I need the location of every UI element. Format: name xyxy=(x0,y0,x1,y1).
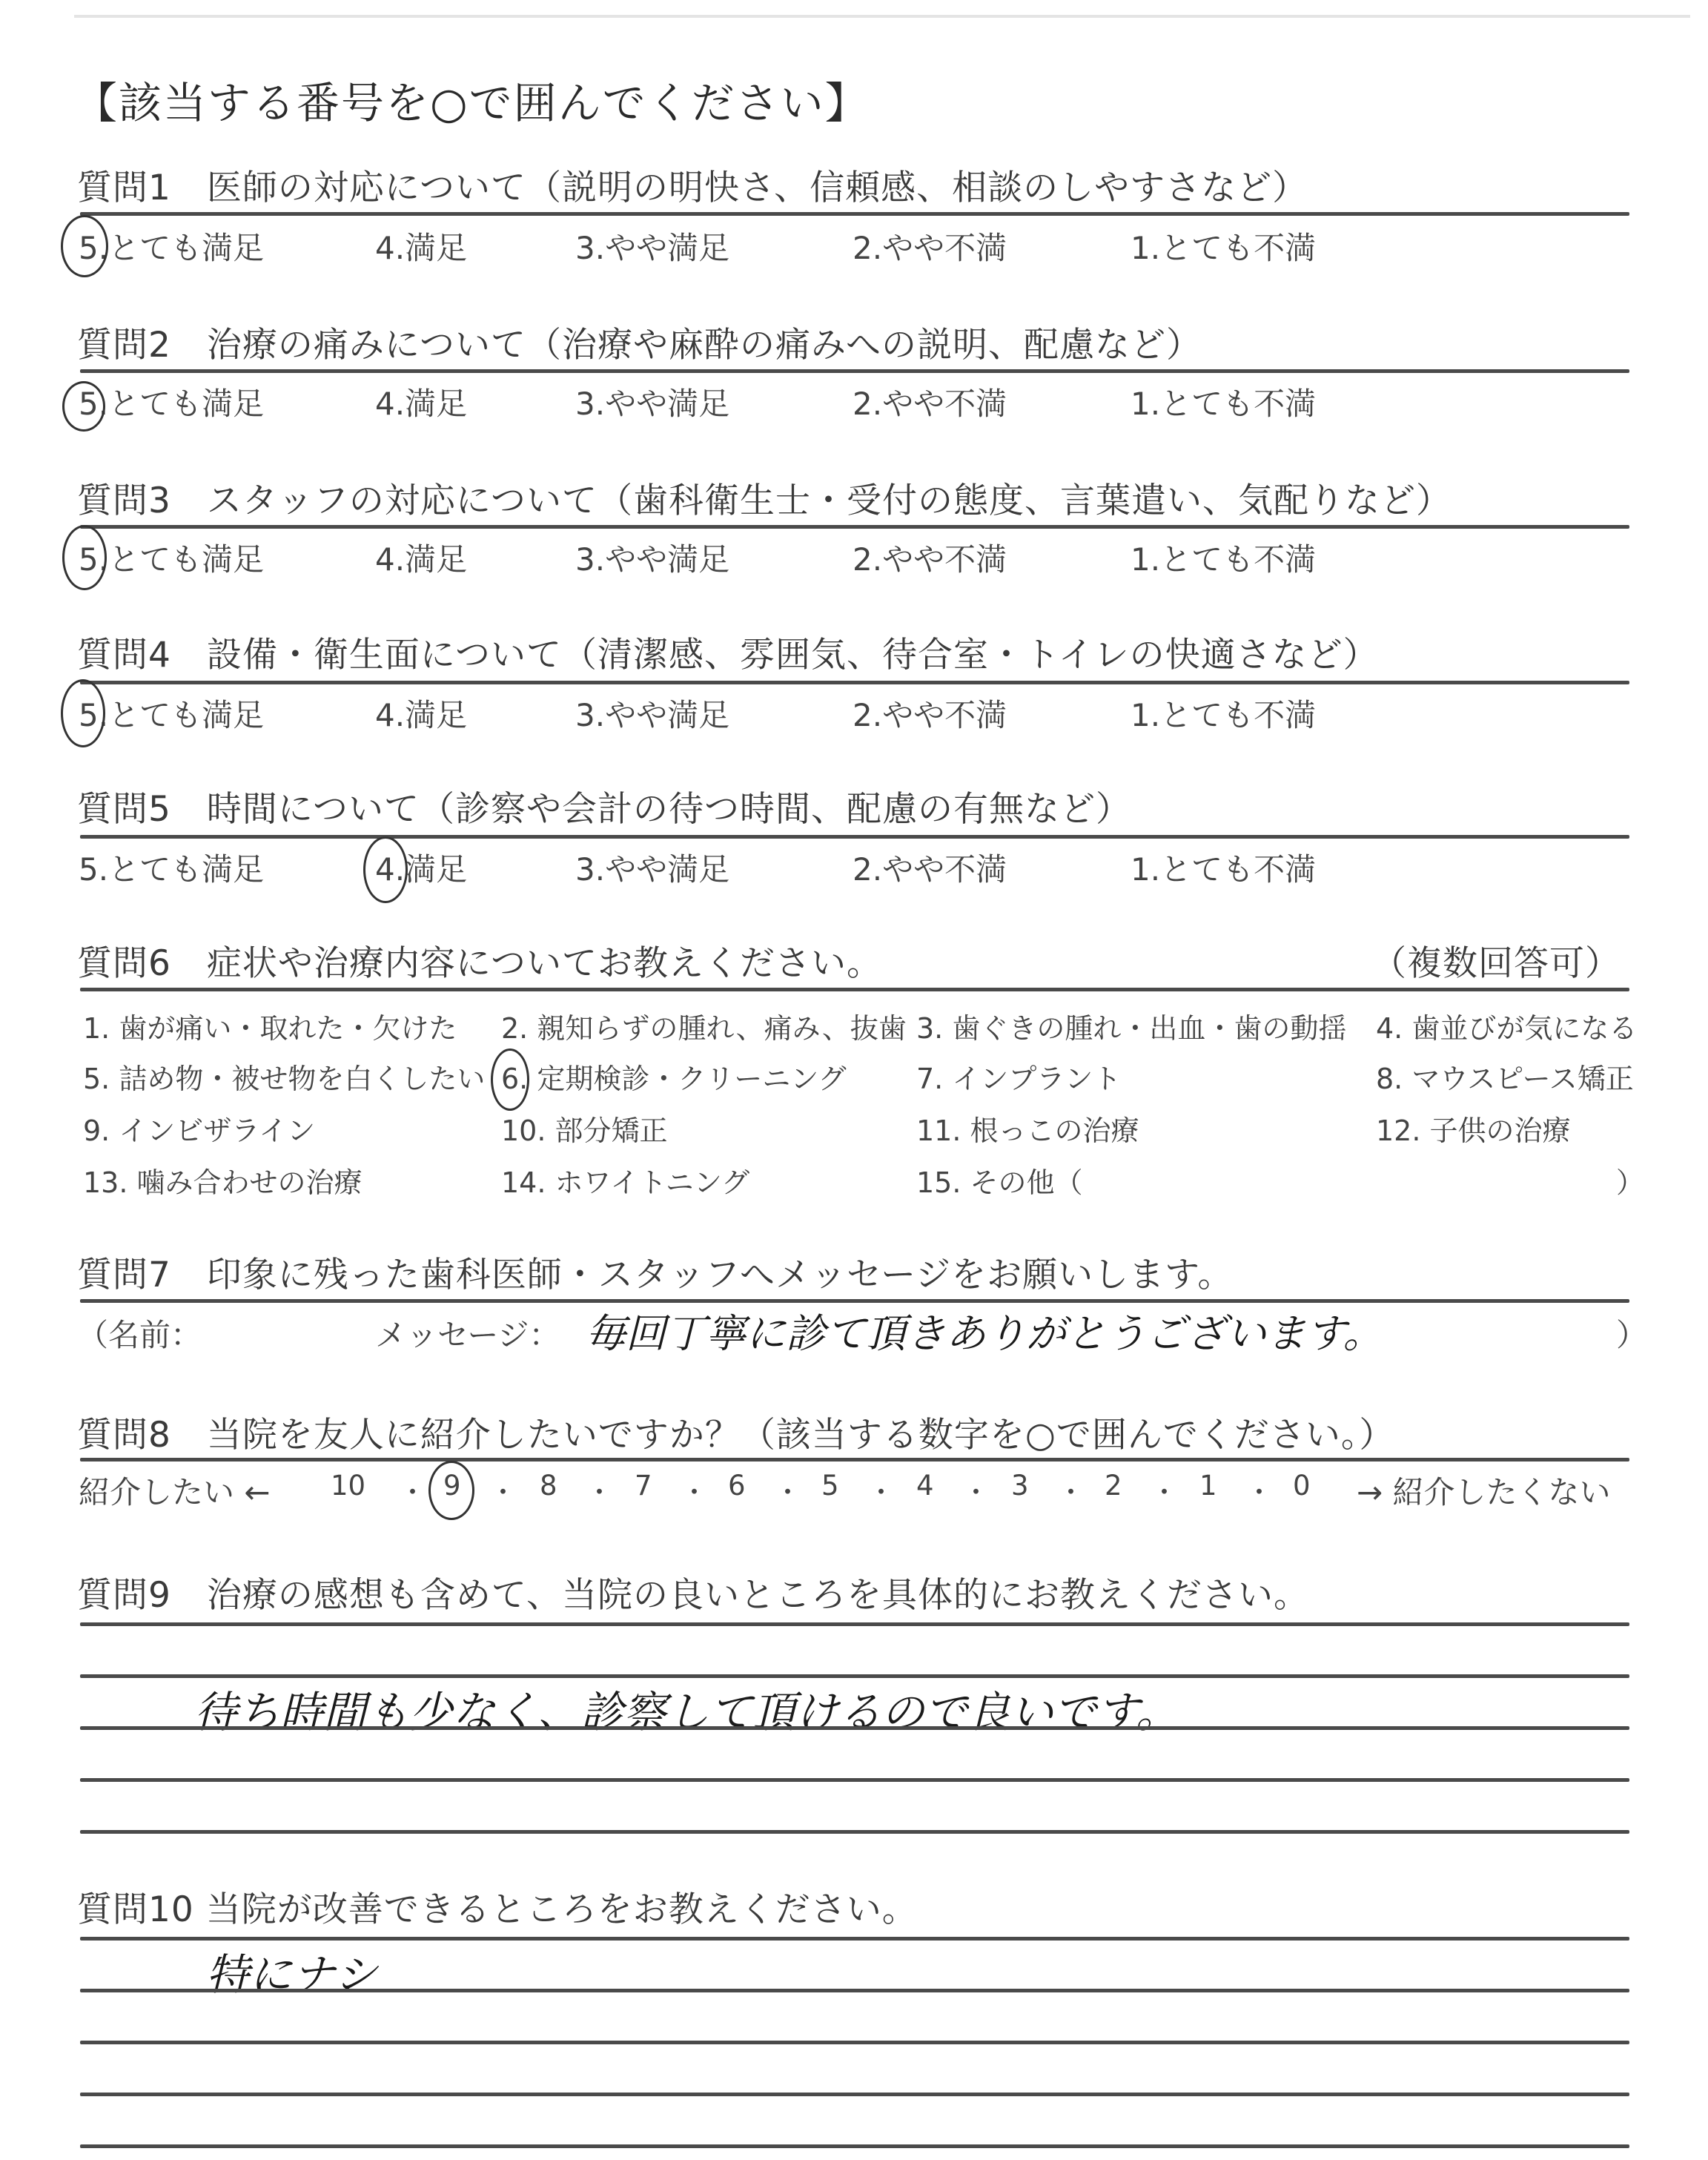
selection-circle xyxy=(62,525,107,590)
question-2-label: 質問2 治療の痛みについて（治療や麻酔の痛みへの説明、配慮など） xyxy=(77,317,1202,367)
dot: ・ xyxy=(489,1470,517,1510)
q1-option-2[interactable]: 2.やや不満 xyxy=(853,224,1007,268)
q6-item-6[interactable]: 6. 定期検診・クリーニング xyxy=(501,1056,847,1097)
q6-item-12[interactable]: 12. 子供の治療 xyxy=(1376,1108,1571,1149)
q4-option-1[interactable]: 1.とても不満 xyxy=(1131,691,1316,736)
question-5-label: 質問5 時間について（診察や会計の待つ時間、配慮の有無など） xyxy=(77,782,1131,831)
q3-option-3[interactable]: 3.やや満足 xyxy=(575,535,729,580)
divider xyxy=(80,988,1629,991)
selection-circle xyxy=(62,381,105,432)
q6-item-3[interactable]: 3. 歯ぐきの腫れ・出血・歯の動揺 xyxy=(916,1005,1346,1046)
q2-option-4[interactable]: 4.満足 xyxy=(375,380,467,424)
q6-item-5[interactable]: 5. 詰め物・被せ物を白くしたい xyxy=(83,1056,485,1097)
q6-item-15-other[interactable]: 15. その他（ xyxy=(916,1160,1083,1200)
dot: ・ xyxy=(774,1470,801,1510)
page-title: 【該当する番号を○で囲んでください】 xyxy=(74,68,870,131)
answer-line xyxy=(80,1778,1629,1782)
q2-option-5[interactable]: 5.とても満足 xyxy=(79,380,264,424)
selection-circle xyxy=(491,1048,529,1111)
answer-line xyxy=(80,2093,1629,2096)
q3-option-2[interactable]: 2.やや不満 xyxy=(853,535,1007,580)
q6-item-4[interactable]: 4. 歯並びが気になる xyxy=(1376,1005,1637,1046)
selection-circle xyxy=(61,215,108,277)
q5-option-3[interactable]: 3.やや満足 xyxy=(575,845,729,890)
q9-handwritten-answer[interactable]: 待ち時間も少なく、診察して頂けるので良いです。 xyxy=(194,1677,1179,1740)
q4-option-5[interactable]: 5.とても満足 xyxy=(79,691,264,736)
scale-5[interactable]: 5 xyxy=(821,1470,839,1502)
q4-option-4[interactable]: 4.満足 xyxy=(375,691,467,736)
q1-option-3[interactable]: 3.やや満足 xyxy=(575,224,729,268)
dot: ・ xyxy=(586,1470,613,1510)
scale-10[interactable]: 10 xyxy=(331,1470,365,1502)
q4-option-2[interactable]: 2.やや不満 xyxy=(853,691,1007,736)
dot: ・ xyxy=(962,1470,990,1510)
dot: ・ xyxy=(1057,1470,1085,1510)
selection-circle xyxy=(363,836,408,903)
q10-handwritten-answer[interactable]: 特にナシ xyxy=(206,1940,377,2002)
recommend-left-label: 紹介したい ← xyxy=(79,1468,271,1513)
question-8-label: 質問8 当院を友人に紹介したいですか？（該当する数字を○で囲んでください。） xyxy=(77,1407,1394,1457)
divider xyxy=(80,525,1629,529)
scale-4[interactable]: 4 xyxy=(916,1470,934,1502)
multiple-answers-note: （複数回答可） xyxy=(1371,936,1621,985)
dot: ・ xyxy=(867,1470,895,1510)
divider xyxy=(80,835,1629,839)
q2-option-1[interactable]: 1.とても不満 xyxy=(1131,380,1316,424)
q6-item-2[interactable]: 2. 親知らずの腫れ、痛み、抜歯 xyxy=(501,1005,907,1046)
question-3-label: 質問3 スタッフの対応について（歯科衛生士・受付の態度、言葉遣い、気配りなど） xyxy=(77,473,1452,523)
scale-0[interactable]: 0 xyxy=(1293,1470,1311,1502)
divider xyxy=(80,369,1629,373)
q6-item-9[interactable]: 9. インビザライン xyxy=(83,1108,315,1149)
question-9-label: 質問9 治療の感想も含めて、当院の良いところを具体的にお教えください。 xyxy=(77,1568,1309,1617)
question-7-label: 質問7 印象に残った歯科医師・スタッフへメッセージをお願いします。 xyxy=(77,1247,1233,1297)
scale-6[interactable]: 6 xyxy=(728,1470,746,1502)
answer-line xyxy=(80,1622,1629,1626)
dot: ・ xyxy=(1245,1470,1273,1510)
q5-option-2[interactable]: 2.やや不満 xyxy=(853,845,1007,890)
q3-option-4[interactable]: 4.満足 xyxy=(375,535,467,580)
answer-line xyxy=(80,2041,1629,2044)
q1-option-4[interactable]: 4.満足 xyxy=(375,224,467,268)
question-10-label: 質問10 当院が改善できるところをお教えください。 xyxy=(77,1882,918,1932)
q2-option-2[interactable]: 2.やや不満 xyxy=(853,380,1007,424)
answer-line xyxy=(80,1830,1629,1834)
q6-item-11[interactable]: 11. 根っこの治療 xyxy=(916,1108,1139,1149)
message-handwritten[interactable]: 毎回丁寧に診て頂きありがとうございます。 xyxy=(586,1302,1383,1359)
q3-option-1[interactable]: 1.とても不満 xyxy=(1131,535,1316,580)
scale-1[interactable]: 1 xyxy=(1199,1470,1217,1502)
q5-option-1[interactable]: 1.とても不満 xyxy=(1131,845,1316,890)
recommend-right-label: → 紹介したくない xyxy=(1357,1468,1611,1513)
q6-item-7[interactable]: 7. インプラント xyxy=(916,1056,1121,1097)
question-1-label: 質問1 医師の対応について（説明の明快さ、信頼感、相談のしやすさなど） xyxy=(77,160,1308,210)
scale-7[interactable]: 7 xyxy=(635,1470,652,1502)
q4-option-3[interactable]: 3.やや満足 xyxy=(575,691,729,736)
divider xyxy=(80,212,1629,216)
q2-option-3[interactable]: 3.やや満足 xyxy=(575,380,729,424)
q6-item-14[interactable]: 14. ホワイトニング xyxy=(501,1160,749,1200)
answer-line xyxy=(80,2144,1629,2148)
dot: ・ xyxy=(681,1470,708,1510)
selection-circle xyxy=(61,679,105,747)
selection-circle xyxy=(428,1461,474,1520)
answer-line xyxy=(80,1989,1629,1992)
message-label: メッセージ： xyxy=(375,1311,560,1355)
q6-other-close-paren: ） xyxy=(1616,1160,1644,1200)
scale-8[interactable]: 8 xyxy=(540,1470,557,1502)
message-close-paren: ） xyxy=(1616,1311,1647,1355)
divider xyxy=(80,681,1629,684)
q6-item-13[interactable]: 13. 噛み合わせの治療 xyxy=(83,1160,363,1200)
scale-3[interactable]: 3 xyxy=(1011,1470,1029,1502)
divider xyxy=(80,1458,1629,1462)
question-6-label: 質問6 症状や治療内容についてお教えください。 xyxy=(77,936,882,985)
scan-top-edge xyxy=(74,15,1690,18)
question-4-label: 質問4 設備・衛生面について（清潔感、雰囲気、待合室・トイレの快適さなど） xyxy=(77,627,1379,677)
q1-option-1[interactable]: 1.とても不満 xyxy=(1131,224,1316,268)
scale-2[interactable]: 2 xyxy=(1105,1470,1122,1502)
q5-option-5[interactable]: 5.とても満足 xyxy=(79,845,264,890)
dot: ・ xyxy=(399,1470,426,1510)
answer-line xyxy=(80,1726,1629,1730)
q6-item-10[interactable]: 10. 部分矯正 xyxy=(501,1108,668,1149)
dot: ・ xyxy=(1151,1470,1178,1510)
q6-item-1[interactable]: 1. 歯が痛い・取れた・欠けた xyxy=(83,1005,457,1046)
name-label: （名前： xyxy=(77,1311,202,1355)
q6-item-8[interactable]: 8. マウスピース矯正 xyxy=(1376,1056,1634,1097)
